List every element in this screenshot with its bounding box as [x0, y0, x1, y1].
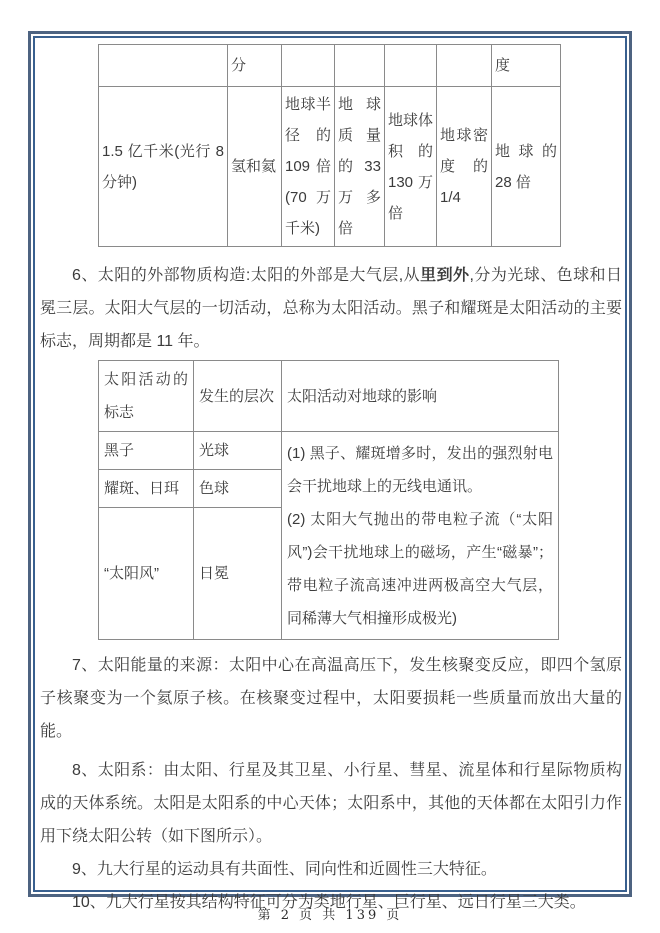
paragraph-6-text-pre: 6、太阳的外部物质构造:太阳的外部是大气层,从 — [72, 267, 420, 284]
sun-data-table: 分 度 1.5 亿千米(光行 8 分钟) 氢和氦 地球半径的 109 倍(70 … — [98, 44, 561, 247]
page-content: 分 度 1.5 亿千米(光行 8 分钟) 氢和氦 地球半径的 109 倍(70 … — [40, 38, 622, 919]
sun-cell-volume: 地球体积的 130 万倍 — [385, 87, 437, 247]
impact-item-2: (2) 太阳大气抛出的带电粒子流（“太阳风”)会干扰地球上的磁场，产生“磁暴”；… — [287, 503, 553, 635]
activity-layer-photosphere: 光球 — [194, 432, 282, 470]
activity-header-row: 太阳活动的标志 发生的层次 太阳活动对地球的影响 — [99, 361, 559, 432]
sun-cell-composition: 氢和氦 — [228, 87, 282, 247]
sun-cell-radius: 地球半径的 109 倍(70 万千米) — [282, 87, 335, 247]
paragraph-7: 7、太阳能量的来源：太阳中心在高温高压下，发生核聚变反应，即四个氢原子核聚变为一… — [40, 649, 622, 748]
activity-sign-solar-wind: “太阳风” — [99, 508, 194, 640]
sun-table-data-row: 1.5 亿千米(光行 8 分钟) 氢和氦 地球半径的 109 倍(70 万千米)… — [99, 87, 561, 247]
sun-header-radius — [282, 45, 335, 87]
activity-header-sign: 太阳活动的标志 — [99, 361, 194, 432]
activity-header-impact: 太阳活动对地球的影响 — [282, 361, 559, 432]
sun-header-composition: 分 — [228, 45, 282, 87]
impact-item-1: (1) 黑子、耀斑增多时，发出的强烈射电会干扰地球上的无线电通讯。 — [287, 437, 553, 503]
paragraph-8: 8、太阳系：由太阳、行星及其卫星、小行星、彗星、流星体和行星际物质构成的天体系统… — [40, 754, 622, 853]
page-footer: 第 2 页 共 139 页 — [0, 904, 660, 923]
sun-header-temperature: 度 — [492, 45, 561, 87]
sun-header-density — [437, 45, 492, 87]
sun-header-distance — [99, 45, 228, 87]
sun-cell-density: 地球密度的 1/4 — [437, 87, 492, 247]
paragraph-9: 9、九大行星的运动具有共面性、同向性和近圆性三大特征。 — [40, 853, 622, 886]
sun-cell-distance: 1.5 亿千米(光行 8 分钟) — [99, 87, 228, 247]
paragraph-6: 6、太阳的外部物质构造:太阳的外部是大气层,从里到外,分为光球、色球和日冕三层。… — [40, 259, 622, 358]
sun-cell-mass: 地球质量的 33 万多倍 — [335, 87, 385, 247]
activity-impact-cell: (1) 黑子、耀斑增多时，发出的强烈射电会干扰地球上的无线电通讯。 (2) 太阳… — [282, 432, 559, 640]
activity-row-sunspot: 黑子 光球 (1) 黑子、耀斑增多时，发出的强烈射电会干扰地球上的无线电通讯。 … — [99, 432, 559, 470]
page-number-text: 第 2 页 共 139 页 — [258, 908, 403, 923]
activity-header-layer: 发生的层次 — [194, 361, 282, 432]
solar-activity-table: 太阳活动的标志 发生的层次 太阳活动对地球的影响 黑子 光球 (1) 黑子、耀斑… — [98, 360, 559, 640]
document-page: 分 度 1.5 亿千米(光行 8 分钟) 氢和氦 地球半径的 109 倍(70 … — [28, 31, 632, 897]
activity-sign-sunspot: 黑子 — [99, 432, 194, 470]
activity-layer-corona: 日冕 — [194, 508, 282, 640]
activity-sign-flare: 耀斑、日珥 — [99, 470, 194, 508]
paragraph-6-bold-phrase: 里到外 — [420, 267, 469, 284]
activity-layer-chromosphere: 色球 — [194, 470, 282, 508]
sun-cell-temperature: 地球的 28 倍 — [492, 87, 561, 247]
sun-header-volume — [385, 45, 437, 87]
sun-table-header-row: 分 度 — [99, 45, 561, 87]
sun-header-mass — [335, 45, 385, 87]
